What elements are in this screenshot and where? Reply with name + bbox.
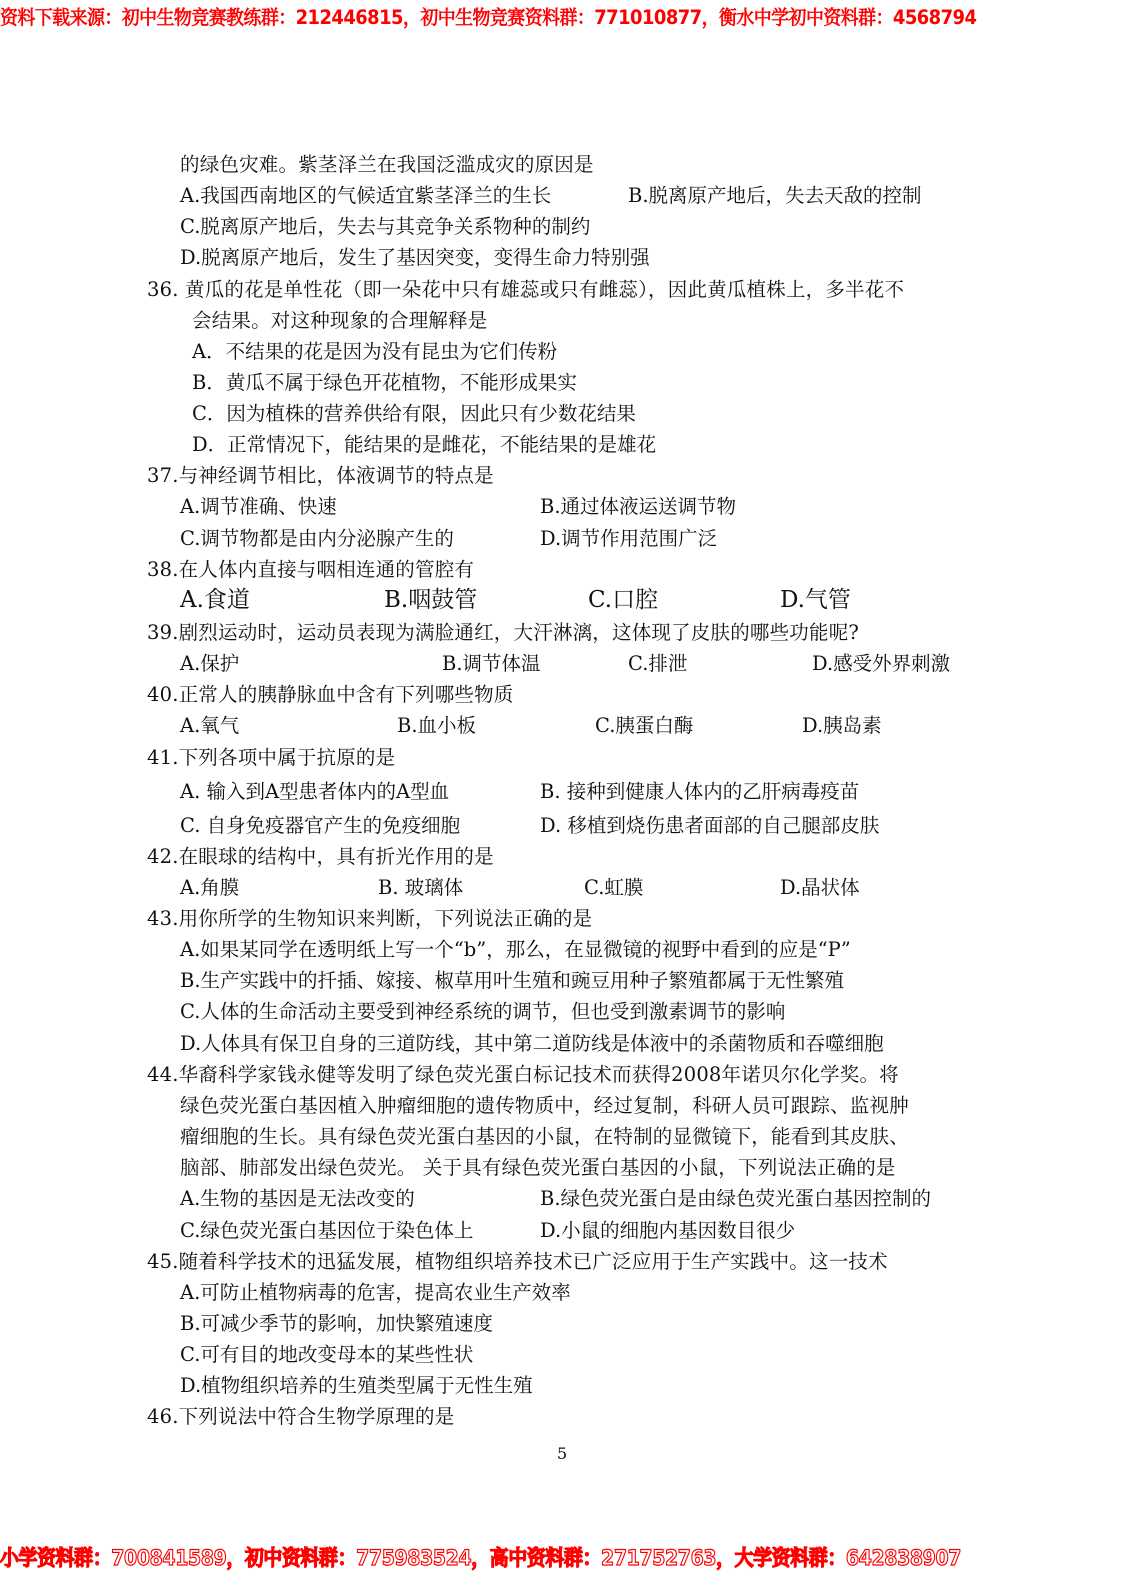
q43-option-a: A.如果某同学在透明纸上写一个“b”，那么，在显微镜的视野中看到的应是“P” bbox=[180, 938, 851, 962]
q41-stem: 41.下列各项中属于抗原的是 bbox=[147, 746, 395, 770]
q41-option-b: B. 接种到健康人体内的乙肝病毒疫苗 bbox=[540, 780, 859, 804]
q40-stem: 40.正常人的胰静脉血中含有下列哪些物质 bbox=[147, 683, 514, 707]
q44-stem-line1: 44.华裔科学家钱永健等发明了绿色荧光蛋白标记技术而获得2008年诺贝尔化学奖。… bbox=[147, 1063, 899, 1087]
q36-stem-line2: 会结果。对这种现象的合理解释是 bbox=[192, 309, 488, 333]
q36-option-b: B．黄瓜不属于绿色开花植物，不能形成果实 bbox=[192, 371, 577, 395]
q44-option-b: B.绿色荧光蛋白是由绿色荧光蛋白基因控制的 bbox=[540, 1187, 931, 1211]
q42-option-d: D.晶状体 bbox=[780, 876, 860, 900]
q40-option-d: D.胰岛素 bbox=[802, 714, 882, 738]
q45-option-a: A.可防止植物病毒的危害，提高农业生产效率 bbox=[180, 1281, 571, 1305]
q37-option-c: C.调节物都是由内分泌腺产生的 bbox=[180, 527, 454, 551]
page-number: 5 bbox=[557, 1444, 567, 1463]
q38-option-d: D.气管 bbox=[780, 588, 851, 612]
q37-option-d: D.调节作用范围广泛 bbox=[540, 527, 717, 551]
q38-option-c: C.口腔 bbox=[588, 588, 658, 612]
q35-option-c: C.脱离原产地后，失去与其竞争关系物种的制约 bbox=[180, 215, 590, 239]
q40-option-c: C.胰蛋白酶 bbox=[595, 714, 693, 738]
q42-option-c: C.虹膜 bbox=[584, 876, 643, 900]
q43-option-d: D.人体具有保卫自身的三道防线，其中第二道防线是体液中的杀菌物质和吞噬细胞 bbox=[180, 1032, 884, 1056]
q35-stem-continuation: 的绿色灾难。紫茎泽兰在我国泛滥成灾的原因是 bbox=[180, 153, 594, 177]
q35-option-b: B.脱离原产地后，失去天敌的控制 bbox=[628, 184, 922, 208]
q42-option-b: B. 玻璃体 bbox=[378, 876, 463, 900]
q39-option-c: C.排泄 bbox=[628, 652, 687, 676]
q46-stem: 46.下列说法中符合生物学原理的是 bbox=[147, 1405, 454, 1429]
q35-option-d: D.脱离原产地后，发生了基因突变，变得生命力特别强 bbox=[180, 246, 650, 270]
q36-stem-line1: 36. 黄瓜的花是单性花（即一朵花中只有雄蕊或只有雌蕊），因此黄瓜植株上，多半花… bbox=[147, 278, 904, 302]
top-watermark-banner: 资料下载来源：初中生物竞赛教练群：212446815，初中生物竞赛资料群：771… bbox=[0, 2, 976, 30]
q44-option-d: D.小鼠的细胞内基因数目很少 bbox=[540, 1219, 795, 1243]
q44-stem-line2: 绿色荧光蛋白基因植入肿瘤细胞的遗传物质中，经过复制，科研人员可跟踪、监视肿 bbox=[180, 1094, 909, 1118]
q44-option-a: A.生物的基因是无法改变的 bbox=[180, 1187, 415, 1211]
q41-option-a: A. 输入到A型患者体内的A型血 bbox=[180, 780, 449, 804]
q40-option-b: B.血小板 bbox=[397, 714, 476, 738]
q39-stem: 39.剧烈运动时，运动员表现为满脸通红，大汗淋漓，这体现了皮肤的哪些功能呢? bbox=[147, 621, 859, 645]
q37-stem: 37.与神经调节相比，体液调节的特点是 bbox=[147, 464, 494, 488]
q45-stem: 45.随着科学技术的迅猛发展，植物组织培养技术已广泛应用于生产实践中。这一技术 bbox=[147, 1250, 888, 1274]
q42-stem: 42.在眼球的结构中，具有折光作用的是 bbox=[147, 845, 494, 869]
q43-option-c: C.人体的生命活动主要受到神经系统的调节，但也受到激素调节的影响 bbox=[180, 1000, 785, 1024]
q44-option-c: C.绿色荧光蛋白基因位于染色体上 bbox=[180, 1219, 473, 1243]
q39-option-b: B.调节体温 bbox=[442, 652, 541, 676]
q44-stem-line3: 瘤细胞的生长。具有绿色荧光蛋白基因的小鼠，在特制的显微镜下，能看到其皮肤、 bbox=[180, 1125, 909, 1149]
q43-option-b: B.生产实践中的扦插、嫁接、椒草用叶生殖和豌豆用种子繁殖都属于无性繁殖 bbox=[180, 969, 844, 993]
q37-option-a: A.调节准确、快速 bbox=[180, 495, 337, 519]
q41-option-c: C. 自身免疫器官产生的免疫细胞 bbox=[180, 814, 460, 838]
q43-stem: 43.用你所学的生物知识来判断，下列说法正确的是 bbox=[147, 907, 592, 931]
bottom-watermark-banner: 小学资料群：700841589，初中资料群：775983524，高中资料群：27… bbox=[0, 1542, 961, 1571]
q38-stem: 38.在人体内直接与咽相连通的管腔有 bbox=[147, 558, 474, 582]
q36-option-a: A．不结果的花是因为没有昆虫为它们传粉 bbox=[192, 340, 557, 364]
q38-option-a: A.食道 bbox=[180, 588, 250, 612]
q41-option-d: D. 移植到烧伤患者面部的自己腿部皮肤 bbox=[540, 814, 879, 838]
q35-option-a: A.我国西南地区的气候适宜紫茎泽兰的生长 bbox=[180, 184, 551, 208]
q45-option-d: D.植物组织培养的生殖类型属于无性生殖 bbox=[180, 1374, 533, 1398]
q42-option-a: A.角膜 bbox=[180, 876, 239, 900]
q37-option-b: B.通过体液运送调节物 bbox=[540, 495, 736, 519]
q44-stem-line4: 脑部、肺部发出绿色荧光。 关于具有绿色荧光蛋白基因的小鼠，下列说法正确的是 bbox=[180, 1156, 896, 1180]
q45-option-c: C.可有目的地改变母本的某些性状 bbox=[180, 1343, 473, 1367]
q39-option-a: A.保护 bbox=[180, 652, 239, 676]
q36-option-d: D．正常情况下，能结果的是雌花，不能结果的是雄花 bbox=[192, 433, 656, 457]
q38-option-b: B.咽鼓管 bbox=[384, 588, 477, 612]
q45-option-b: B.可减少季节的影响，加快繁殖速度 bbox=[180, 1312, 493, 1336]
q39-option-d: D.感受外界刺激 bbox=[812, 652, 950, 676]
q36-option-c: C．因为植株的营养供给有限，因此只有少数花结果 bbox=[192, 402, 636, 426]
q40-option-a: A.氧气 bbox=[180, 714, 239, 738]
